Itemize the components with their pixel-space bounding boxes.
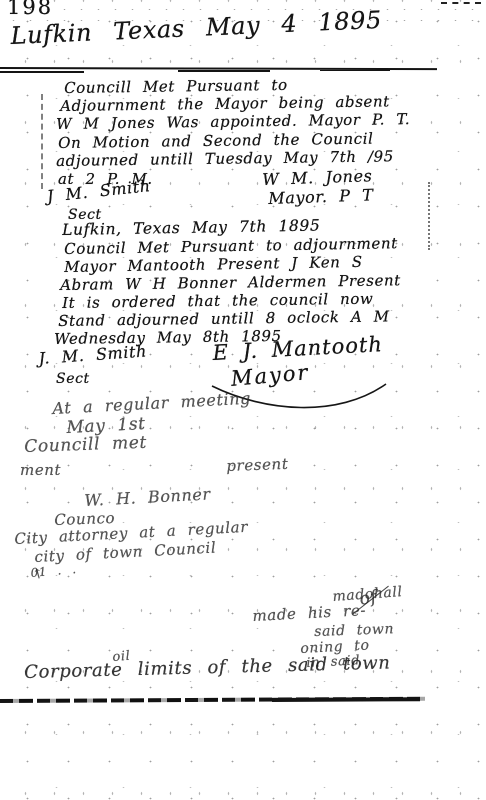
minutes-line: Stand adjourned untill 8 oclock A M	[58, 307, 390, 330]
heading-rule-segment	[320, 70, 390, 71]
margin-mark-right	[428, 182, 430, 250]
heading-rule-segment	[178, 70, 270, 72]
scanned-minutes-page: 198 Lufkin Texas May 4 1895 Councill Met…	[0, 0, 486, 800]
faded-line: ment	[20, 461, 61, 479]
ink-fragment: made his re-	[252, 601, 366, 625]
signature-title: Sect	[56, 371, 90, 387]
faded-line: present	[226, 455, 289, 475]
bottom-rule-dark-segment	[272, 697, 420, 702]
signature-title: Mayor. P T	[268, 185, 374, 208]
page-number: 198	[7, 0, 53, 19]
corner-dash	[441, 2, 481, 4]
heading-rule-segment	[0, 71, 84, 73]
faded-line: Councill met	[24, 433, 147, 457]
margin-mark-left	[41, 94, 43, 189]
faded-line: W. H. Bonner	[84, 484, 211, 510]
faded-line: Corporate limits of the said town	[24, 652, 391, 683]
